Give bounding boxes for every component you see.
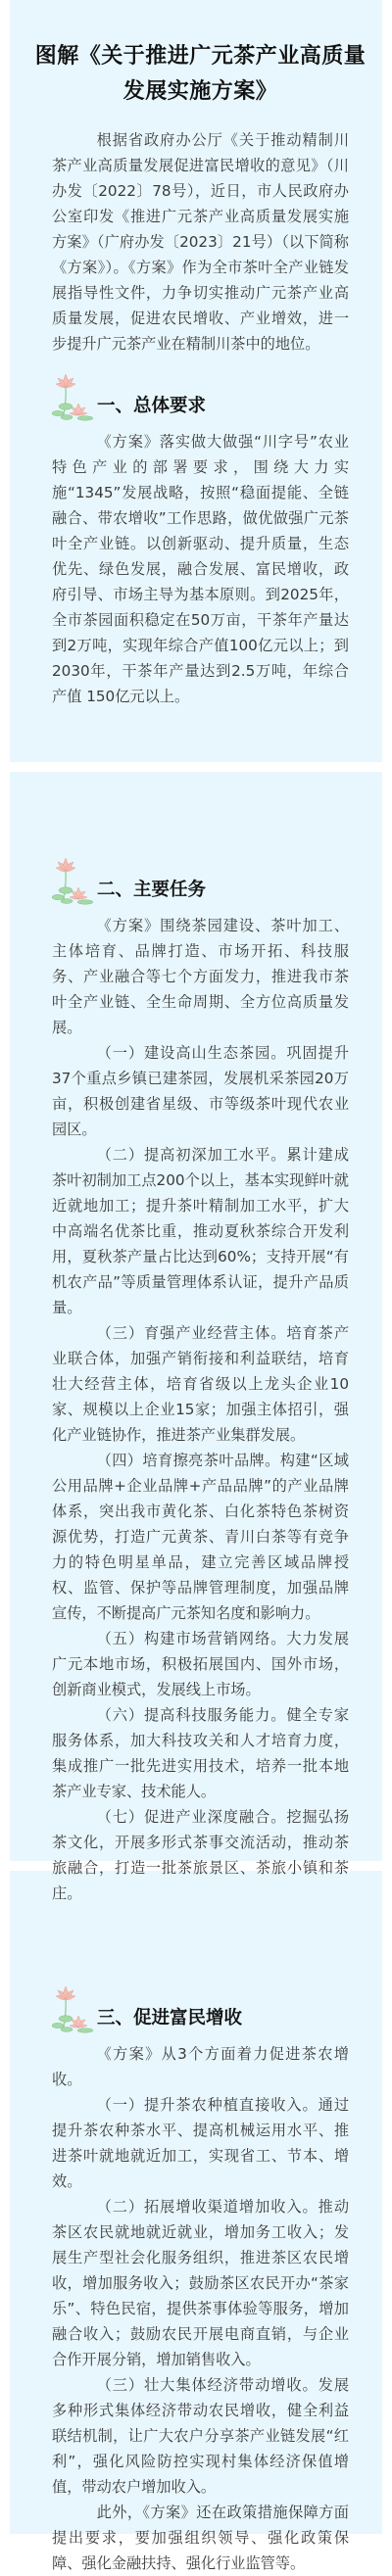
section-title: 二、主要任务 [97, 880, 206, 905]
section-header-income-growth: 三、促进富民增收 [52, 1982, 349, 2033]
intro-paragraph: 根据省政府办公厅《关于推动精制川茶产业高质量发展促进富民增收的意见》（川办发〔2… [52, 127, 349, 357]
lotus-flower-icon [52, 1982, 97, 2033]
section-header-general-requirements: 一、总体要求 [52, 370, 349, 421]
task-item: （一）建设高山生态茶园。巩固提升37个重点乡镇已建茶园，发展机采茶园20万亩，积… [52, 1040, 349, 1142]
lotus-flower-icon [52, 370, 97, 421]
income-item: （三）壮大集体经济带动增收。发展多种形式集体经济带动农民增收，健全利益联结机制，… [52, 2372, 349, 2500]
task-item: （五）构建市场营销网络。大力发展广元本地市场，积极拓展国内、国外市场，创新商业模… [52, 1626, 349, 1702]
section-header-main-tasks: 二、主要任务 [52, 854, 349, 905]
task-item: （二）提高初深加工水平。累计建成茶叶初制加工点200个以上，基本实现鲜叶就近就地… [52, 1142, 349, 1320]
income-item: （一）提升茶农种植直接收入。通过提升茶农种茶水平、提高机械运用水平、推进茶叶就地… [52, 2092, 349, 2194]
section-title: 三、促进富民增收 [97, 2008, 242, 2033]
card-intro-and-general-requirements: 图解《关于推进广元茶产业高质量发展实施方案》 根据省政府办公厅《关于推动精制川茶… [10, 0, 382, 762]
section-paragraph: 《方案》从3个方面着力促进茶农增收。 [52, 2041, 349, 2092]
income-item: （二）拓展增收渠道增加收入。推动茶区农民就地就近就业，增加务工收入；发展生产型社… [52, 2194, 349, 2372]
task-item: （三）育强产业经营主体。培育茶产业联合体，加强产销衔接和利益联结，培育壮大经营主… [52, 1320, 349, 1448]
section-title: 一、总体要求 [97, 396, 206, 421]
section-paragraph: 《方案》围绕茶园建设、茶叶加工、主体培育、品牌打造、市场开拓、科技服务、产业融合… [52, 913, 349, 1040]
lotus-flower-icon [52, 854, 97, 905]
card-income-growth: 三、促进富民增收 《方案》从3个方面着力促进茶农增收。 （一）提升茶农种植直接收… [10, 1871, 382, 2534]
card-main-tasks: 二、主要任务 《方案》围绕茶园建设、茶叶加工、主体培育、品牌打造、市场开拓、科技… [10, 772, 382, 1861]
section-paragraph: 《方案》落实做大做强“川字号”农业特色产业的部署要求，围绕大力实施“1345”发… [52, 429, 349, 709]
page-title: 图解《关于推进广元茶产业高质量发展实施方案》 [32, 39, 368, 110]
task-item: （六）提高科技服务能力。健全专家服务体系，加大科技攻关和人才培育力度，集成推广一… [52, 1702, 349, 1804]
task-item: （四）培育擦亮茶叶品牌。构建“区域公用品牌+企业品牌+产品品牌”的产业品牌体系，… [52, 1448, 349, 1626]
closing-paragraph: 此外，《方案》还在政策措施保障方面提出要求，要加强组织领导、强化政策保障、强化金… [52, 2500, 349, 2576]
